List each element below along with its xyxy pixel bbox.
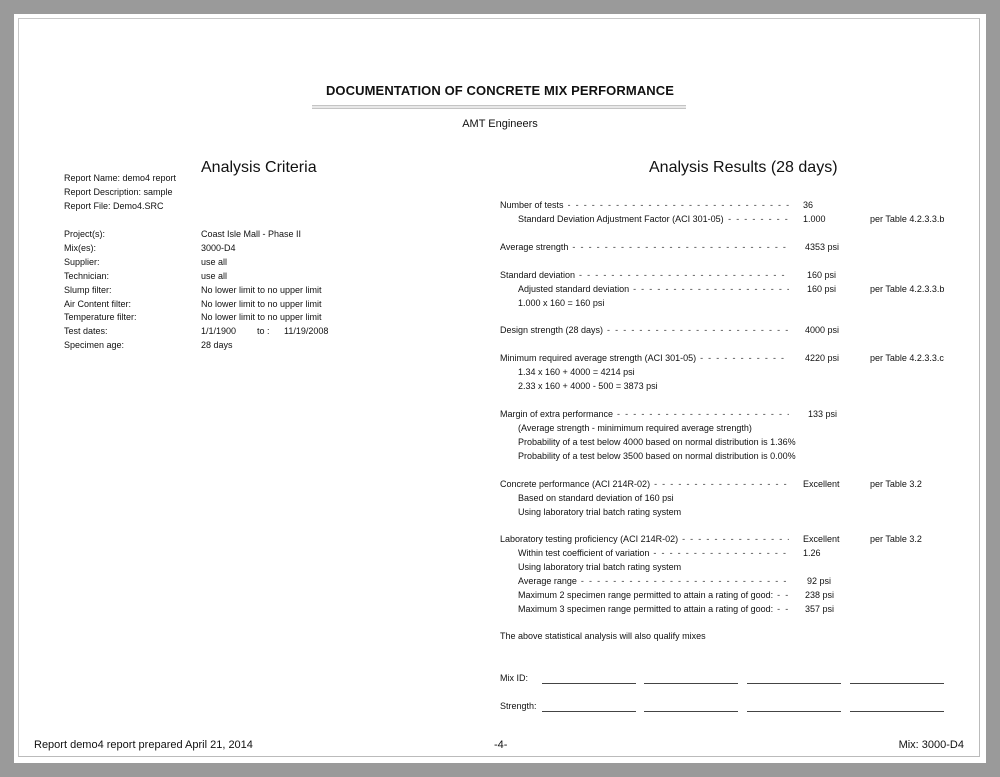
criteria-label: Slump filter: [64, 285, 112, 295]
adjusted-standard-deviation-leader: - - - - - - - - - - - - - - - - - - - - … [633, 284, 789, 294]
strength-blank-1 [542, 702, 636, 712]
probability-below-4000: Probability of a test below 4000 based o… [518, 437, 796, 447]
standard-deviation-label: Standard deviation [500, 270, 575, 280]
within-test-cov-label: Within test coefficient of variation [518, 548, 649, 558]
min-required-calculation-2: 2.33 x 160 + 4000 - 500 = 3873 psi [518, 381, 658, 391]
criteria-label: Mix(es): [64, 243, 96, 253]
criteria-heading: Analysis Criteria [201, 159, 317, 177]
lab-testing-proficiency-value: Excellent [803, 534, 840, 544]
concrete-performance-value: Excellent [803, 479, 840, 489]
strength-blank-4 [850, 702, 944, 712]
number-of-tests-label: Number of tests [500, 200, 564, 210]
adjusted-standard-deviation-value: 160 psi [807, 284, 836, 294]
title-rule [312, 105, 686, 109]
sd-adjustment-factor-leader: - - - - - - - - - - - - - - - - - - - - … [728, 214, 789, 224]
criteria-value: 28 days [201, 340, 233, 350]
standard-deviation-leader: - - - - - - - - - - - - - - - - - - - - … [579, 270, 789, 280]
design-strength-value: 4000 psi [805, 325, 839, 335]
criteria-to-value: 11/19/2008 [284, 326, 328, 336]
criteria-value: No lower limit to no upper limit [201, 299, 322, 309]
adjusted-standard-deviation-label: Adjusted standard deviation [518, 284, 629, 294]
within-test-cov-value: 1.26 [803, 548, 821, 558]
margin-note: (Average strength - minimimum required a… [518, 423, 752, 433]
mix-id-blank-4 [850, 674, 944, 684]
max-3-specimen-range-label: Maximum 3 specimen range permitted to at… [518, 604, 773, 614]
criteria-value: use all [201, 271, 227, 281]
probability-below-3500: Probability of a test below 3500 based o… [518, 451, 796, 461]
design-strength-label: Design strength (28 days) [500, 325, 603, 335]
average-strength-leader: - - - - - - - - - - - - - - - - - - - - … [572, 242, 789, 252]
footer-mix: Mix: 3000-D4 [899, 739, 964, 751]
document-title: DOCUMENTATION OF CONCRETE MIX PERFORMANC… [14, 83, 986, 98]
average-strength-value: 4353 psi [805, 242, 839, 252]
report-file: Report File: Demo4.SRC [64, 201, 164, 211]
strength-blank-2 [644, 702, 738, 712]
footer-prepared: Report demo4 report prepared April 21, 2… [34, 739, 253, 751]
criteria-value: 1/1/1900 [201, 326, 236, 336]
within-test-cov-leader: - - - - - - - - - - - - - - - - - - - - … [653, 548, 789, 558]
report-description: Report Description: sample [64, 187, 173, 197]
lab-testing-proficiency-reference: per Table 3.2 [870, 534, 922, 544]
sd-adjustment-factor-reference: per Table 4.2.3.3.b [870, 214, 944, 224]
strength-blank-3 [747, 702, 841, 712]
number-of-tests-value: 36 [803, 200, 813, 210]
minimum-required-strength-label: Minimum required average strength (ACI 3… [500, 353, 696, 363]
max-2-specimen-range-value: 238 psi [805, 590, 834, 600]
footer-page-number: -4- [494, 739, 507, 751]
max-2-specimen-range-leader: - - - - - - - - - - - - - - - - - - - - … [777, 590, 789, 600]
minimum-required-strength-leader: - - - - - - - - - - - - - - - - - - - - … [700, 353, 789, 363]
max-2-specimen-range-label: Maximum 2 specimen range permitted to at… [518, 590, 773, 600]
concrete-performance-label: Concrete performance (ACI 214R-02) [500, 479, 650, 489]
criteria-label: Temperature filter: [64, 312, 137, 322]
criteria-value: No lower limit to no upper limit [201, 312, 322, 322]
number-of-tests-leader: - - - - - - - - - - - - - - - - - - - - … [568, 200, 789, 210]
average-range-value: 92 psi [807, 576, 831, 586]
criteria-value: use all [201, 257, 227, 267]
criteria-label: Test dates: [64, 326, 108, 336]
company-name: AMT Engineers [14, 118, 986, 130]
criteria-to-label: to : [257, 326, 270, 336]
margin-extra-performance-value: 133 psi [808, 409, 837, 419]
criteria-label: Technician: [64, 271, 109, 281]
adjusted-sd-calculation: 1.000 x 160 = 160 psi [518, 298, 604, 308]
margin-extra-performance-label: Margin of extra performance [500, 409, 613, 419]
mix-id-label: Mix ID: [500, 673, 528, 683]
design-strength-leader: - - - - - - - - - - - - - - - - - - - - … [607, 325, 789, 335]
margin-extra-performance-leader: - - - - - - - - - - - - - - - - - - - - … [617, 409, 789, 419]
criteria-label: Specimen age: [64, 340, 124, 350]
concrete-performance-leader: - - - - - - - - - - - - - - - - - - - - … [654, 479, 789, 489]
report-name: Report Name: demo4 report [64, 173, 176, 183]
average-strength-label: Average strength [500, 242, 568, 252]
criteria-label: Supplier: [64, 257, 100, 267]
adjusted-standard-deviation-reference: per Table 4.2.3.3.b [870, 284, 944, 294]
standard-deviation-value: 160 psi [807, 270, 836, 280]
average-range-leader: - - - - - - - - - - - - - - - - - - - - … [581, 576, 789, 586]
rating-system-note: Using laboratory trial batch rating syst… [518, 507, 681, 517]
lab-testing-proficiency-leader: - - - - - - - - - - - - - - - - - - - - … [682, 534, 789, 544]
min-required-calculation-1: 1.34 x 160 + 4000 = 4214 psi [518, 367, 635, 377]
concrete-performance-reference: per Table 3.2 [870, 479, 922, 489]
criteria-value: No lower limit to no upper limit [201, 285, 322, 295]
criteria-value: 3000-D4 [201, 243, 236, 253]
criteria-value: Coast Isle Mall - Phase II [201, 229, 301, 239]
max-3-specimen-range-leader: - - - - - - - - - - - - - - - - - - - - … [777, 604, 789, 614]
strength-label: Strength: [500, 701, 537, 711]
lab-testing-proficiency-label: Laboratory testing proficiency (ACI 214R… [500, 534, 678, 544]
qualify-mixes-note: The above statistical analysis will also… [500, 631, 706, 641]
report-page: DOCUMENTATION OF CONCRETE MIX PERFORMANC… [14, 14, 986, 763]
max-3-specimen-range-value: 357 psi [805, 604, 834, 614]
criteria-label: Air Content filter: [64, 299, 131, 309]
average-range-label: Average range [518, 576, 577, 586]
lab-rating-system-note: Using laboratory trial batch rating syst… [518, 562, 681, 572]
mix-id-blank-1 [542, 674, 636, 684]
minimum-required-strength-value: 4220 psi [805, 353, 839, 363]
mix-id-blank-2 [644, 674, 738, 684]
sd-adjustment-factor-value: 1.000 [803, 214, 826, 224]
mix-id-blank-3 [747, 674, 841, 684]
sd-adjustment-factor-label: Standard Deviation Adjustment Factor (AC… [518, 214, 724, 224]
criteria-label: Project(s): [64, 229, 105, 239]
concrete-performance-note: Based on standard deviation of 160 psi [518, 493, 674, 503]
results-heading: Analysis Results (28 days) [649, 159, 838, 177]
minimum-required-strength-reference: per Table 4.2.3.3.c [870, 353, 944, 363]
